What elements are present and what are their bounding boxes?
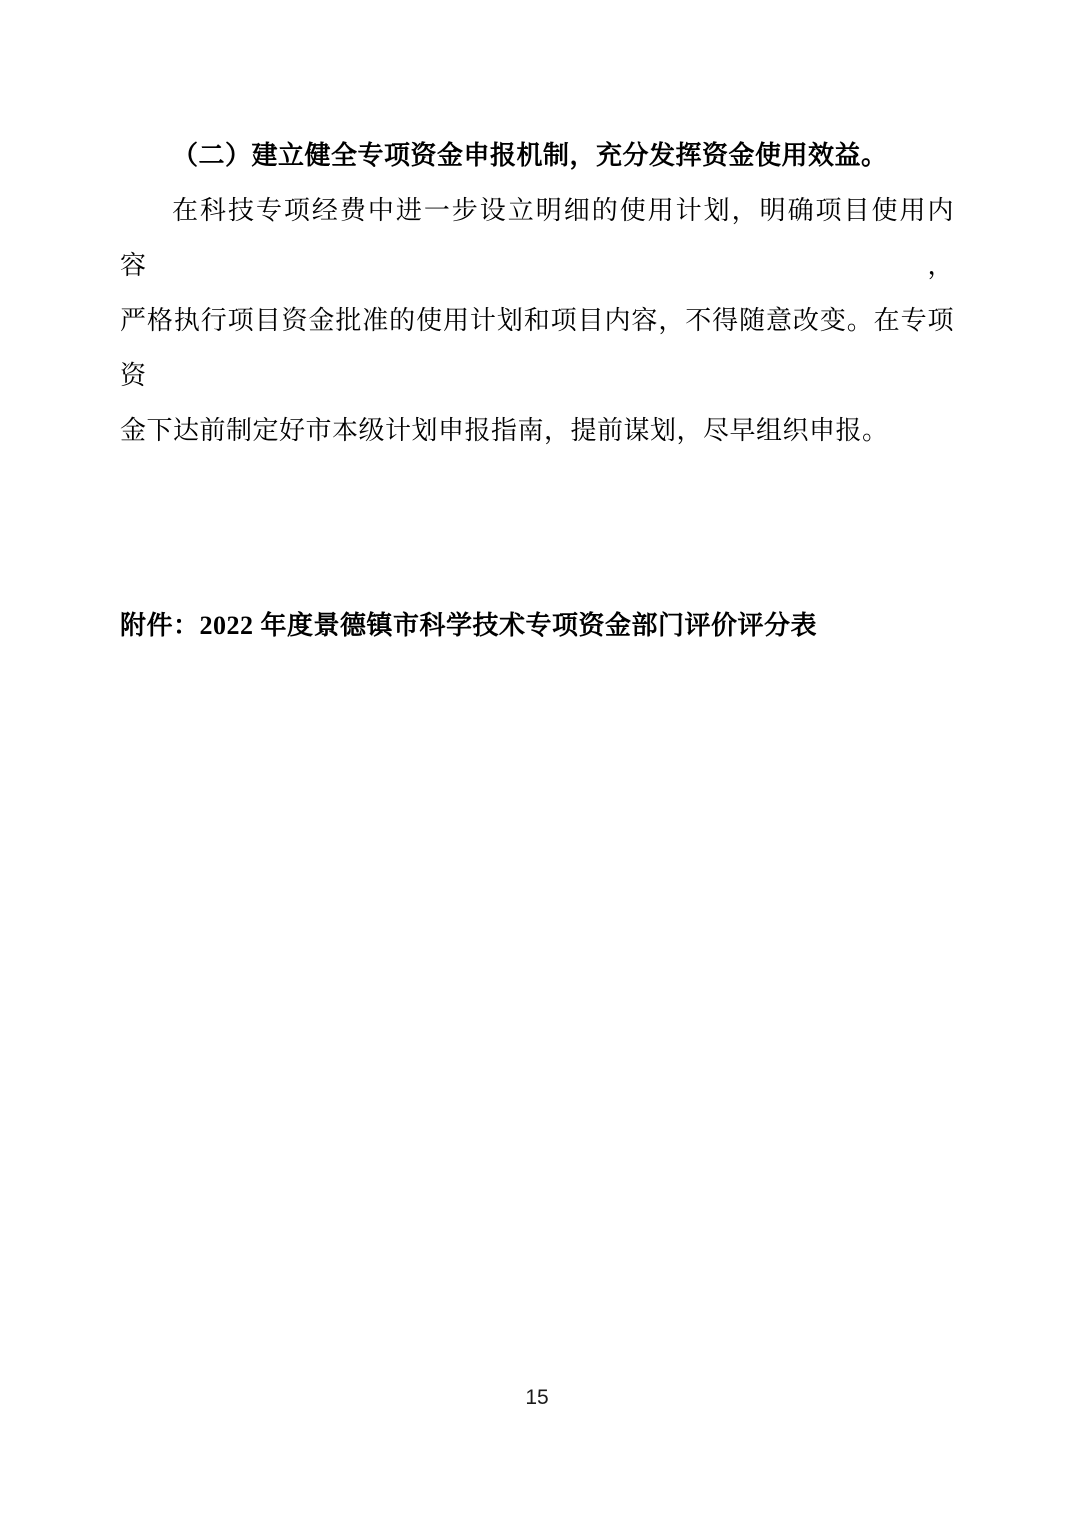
section-heading: （二）建立健全专项资金申报机制，充分发挥资金使用效益。	[120, 128, 954, 183]
paragraph-line: 在科技专项经费中进一步设立明细的使用计划，明确项目使用内容，	[120, 183, 954, 293]
document-body: （二）建立健全专项资金申报机制，充分发挥资金使用效益。 在科技专项经费中进一步设…	[120, 128, 954, 653]
paragraph-line: 金下达前制定好市本级计划申报指南，提前谋划，尽早组织申报。	[120, 403, 954, 458]
paragraph-line: 严格执行项目资金批准的使用计划和项目内容，不得随意改变。在专项资	[120, 293, 954, 403]
attachment-note: 附件：2022 年度景德镇市科学技术专项资金部门评价评分表	[120, 598, 954, 653]
page-number: 15	[0, 1386, 1074, 1410]
document-page: （二）建立健全专项资金申报机制，充分发挥资金使用效益。 在科技专项经费中进一步设…	[0, 0, 1074, 1520]
